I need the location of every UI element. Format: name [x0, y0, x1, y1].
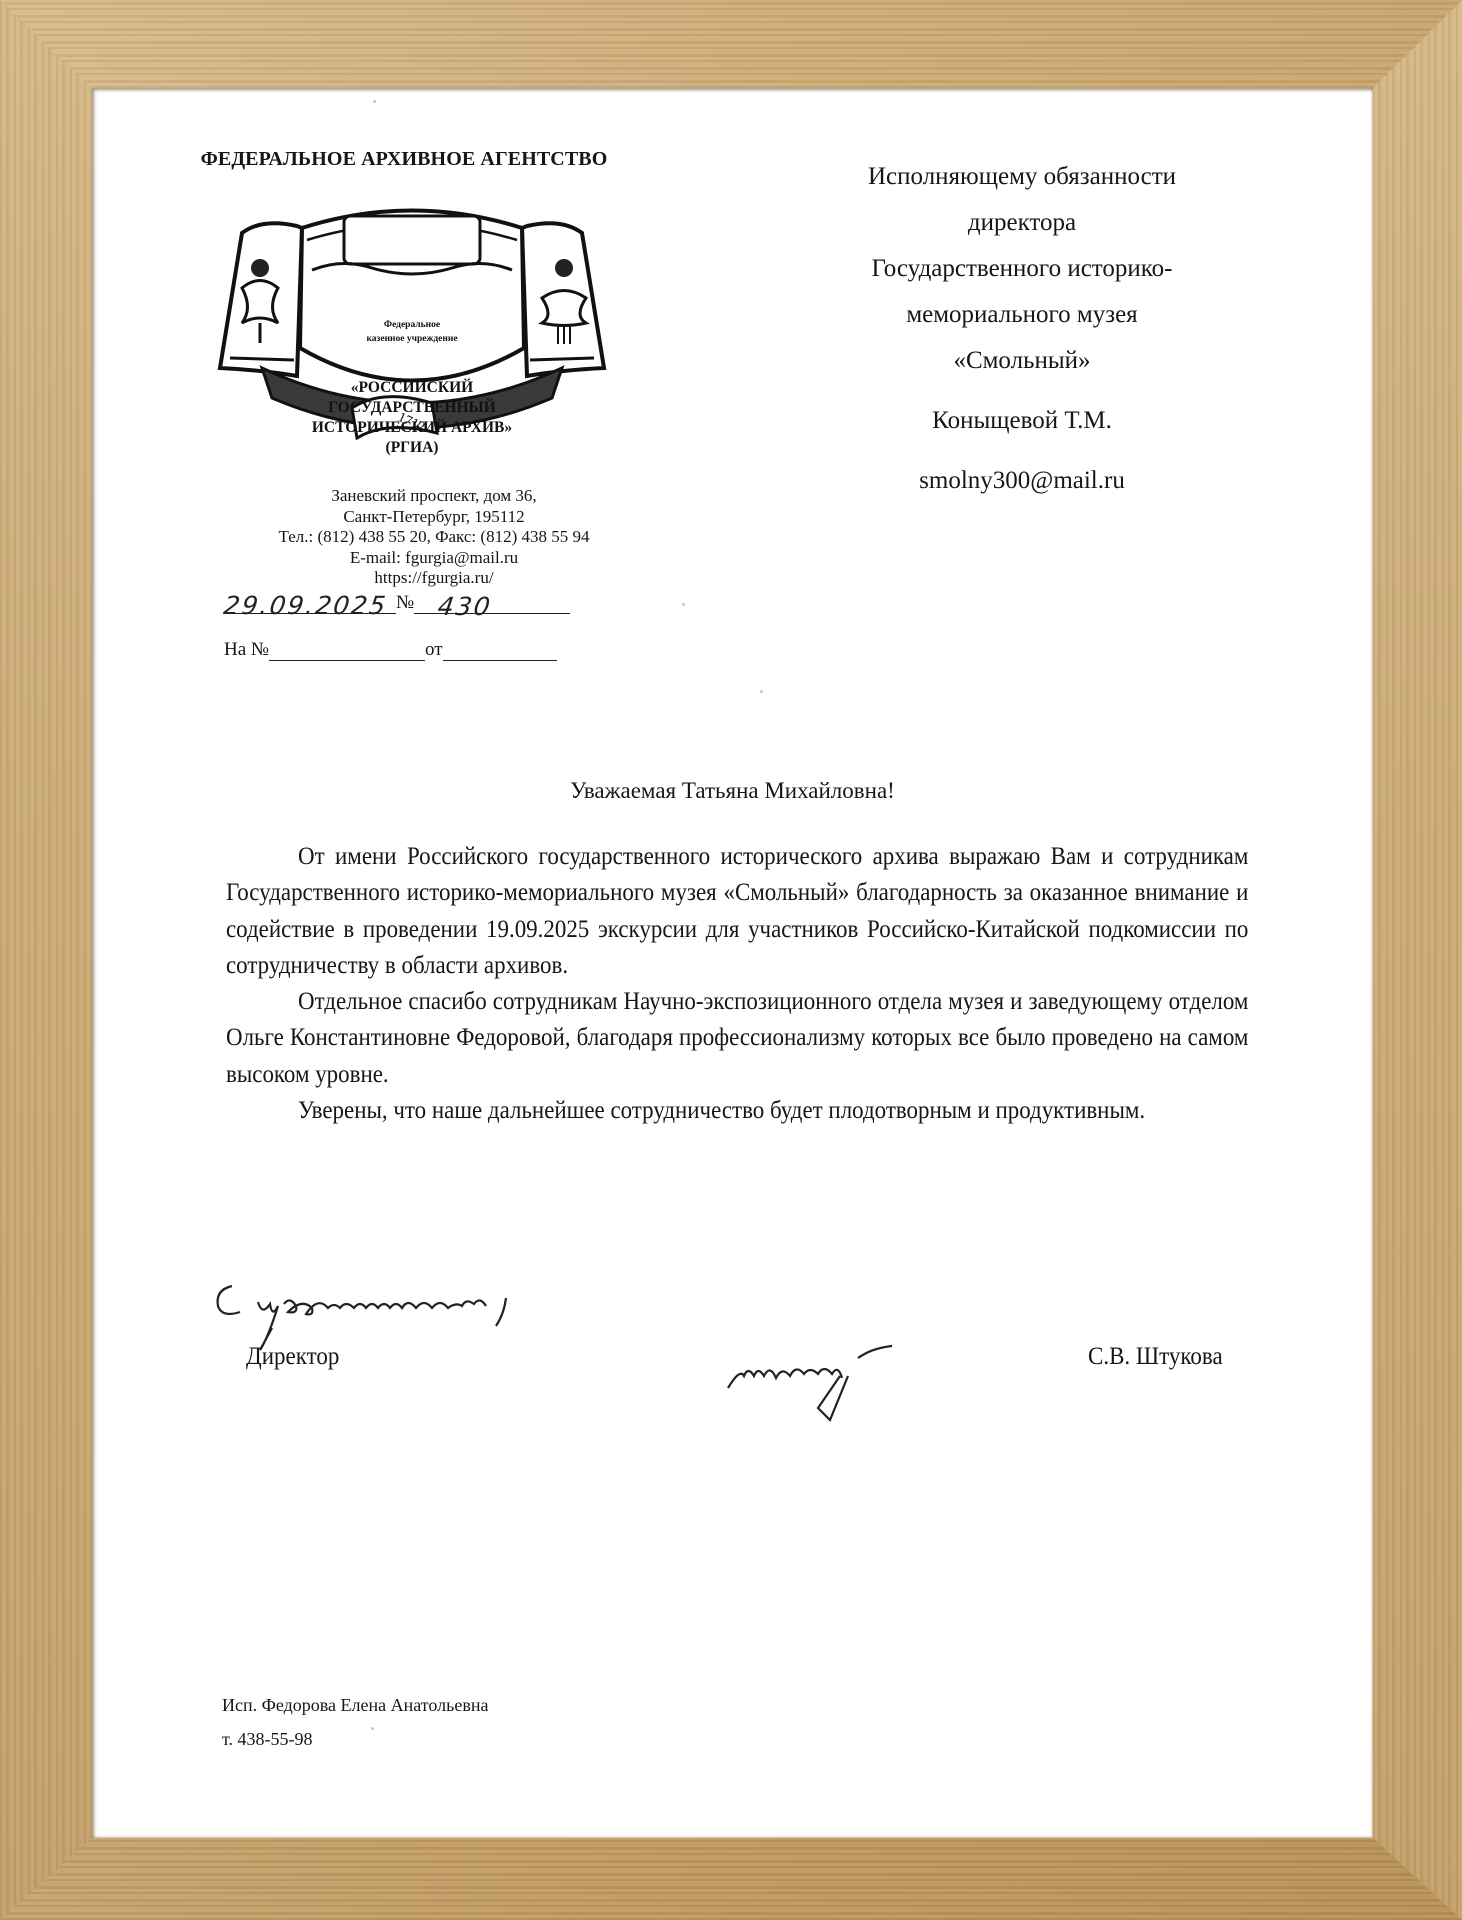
address-city: Санкт-Петербург, 195112: [184, 507, 684, 528]
addressee-email: smolny300@mail.ru: [812, 458, 1232, 504]
addressee-block: Исполняющему обязанности директора Госуд…: [812, 154, 1232, 504]
reply-reference-line: На №от: [224, 638, 557, 661]
addressee-line: Исполняющему обязанности: [812, 154, 1232, 200]
letter-body: От имени Российского государственного ис…: [226, 838, 1146, 1128]
addressee-line: мемориального музея: [812, 292, 1232, 338]
reply-label: На №: [224, 639, 269, 660]
logo-title-line: (РГИА): [297, 438, 527, 458]
executor-name: Исп. Федорова Елена Анатольевна: [222, 1688, 488, 1722]
addressee-name: Коныщевой Т.М.: [812, 398, 1232, 444]
paper-speck: [371, 1727, 374, 1730]
logo-title: «РОССИЙСКИЙ ГОСУДАРСТВЕННЫЙ ИСТОРИЧЕСКИЙ…: [297, 378, 527, 458]
body-paragraph: Отдельное спасибо сотрудникам Научно-экс…: [226, 983, 1248, 1092]
executor-phone: т. 438-55-98: [222, 1722, 488, 1756]
agency-name: ФЕДЕРАЛЬНОЕ АРХИВНОЕ АГЕНТСТВО: [184, 148, 624, 171]
frame-top-rail: [0, 0, 1462, 88]
body-paragraph: От имени Российского государственного ис…: [226, 838, 1248, 983]
addressee-line: директора: [812, 200, 1232, 246]
paper-speck: [373, 100, 376, 103]
registration-line: 29.09.2025№430: [224, 591, 570, 614]
letter-paper: ФЕДЕРАЛЬНОЕ АРХИВНОЕ АГЕНТСТВО 1712: [92, 88, 1373, 1838]
address-phone-fax: Тел.: (812) 438 55 20, Факс: (812) 438 5…: [184, 527, 684, 548]
signature-icon: [722, 1318, 932, 1428]
reg-date-field: 29.09.2025: [224, 591, 396, 614]
archive-logo: 1712 Федеральное казенное учреждение «РО…: [202, 198, 622, 448]
address-email: E-mail: fgurgia@mail.ru: [184, 548, 684, 569]
address-website: https://fgurgia.ru/: [184, 568, 684, 589]
logo-title-line: ГОСУДАРСТВЕННЫЙ: [297, 398, 527, 418]
reg-number-field: 430: [414, 592, 570, 614]
logo-title-line: ИСТОРИЧЕСКИЙ АРХИВ»: [297, 418, 527, 438]
address-street: Заневский проспект, дом 36,: [184, 486, 684, 507]
reply-date-field: [443, 638, 557, 661]
logo-sub-line: казенное учреждение: [352, 332, 472, 346]
logo-title-line: «РОССИЙСКИЙ: [297, 378, 527, 398]
reply-number-field: [269, 638, 425, 661]
frame-bottom-rail: [0, 1838, 1462, 1920]
addressee-line: Государственного историко-: [812, 246, 1232, 292]
reg-date: 29.09.2025: [222, 591, 389, 620]
sender-address: Заневский проспект, дом 36, Санкт-Петерб…: [184, 486, 684, 589]
logo-sub-line: Федеральное: [352, 318, 472, 332]
paper-speck: [760, 690, 763, 693]
executor-block: Исп. Федорова Елена Анатольевна т. 438-5…: [222, 1688, 488, 1756]
signatory-title: Директор: [246, 1343, 339, 1371]
logo-subtitle: Федеральное казенное учреждение: [352, 318, 472, 346]
signature: [722, 1318, 932, 1433]
number-sign: №: [396, 592, 414, 613]
salutation: Уважаемая Татьяна Михайловна!: [92, 778, 1373, 804]
reg-number: 430: [436, 592, 494, 621]
addressee-line: «Смольный»: [812, 338, 1232, 384]
paper-speck: [682, 603, 685, 606]
signatory-name: С.В. Штукова: [1088, 1343, 1223, 1371]
body-paragraph: Уверены, что наше дальнейшее сотрудничес…: [226, 1092, 1248, 1128]
from-label: от: [425, 639, 443, 660]
